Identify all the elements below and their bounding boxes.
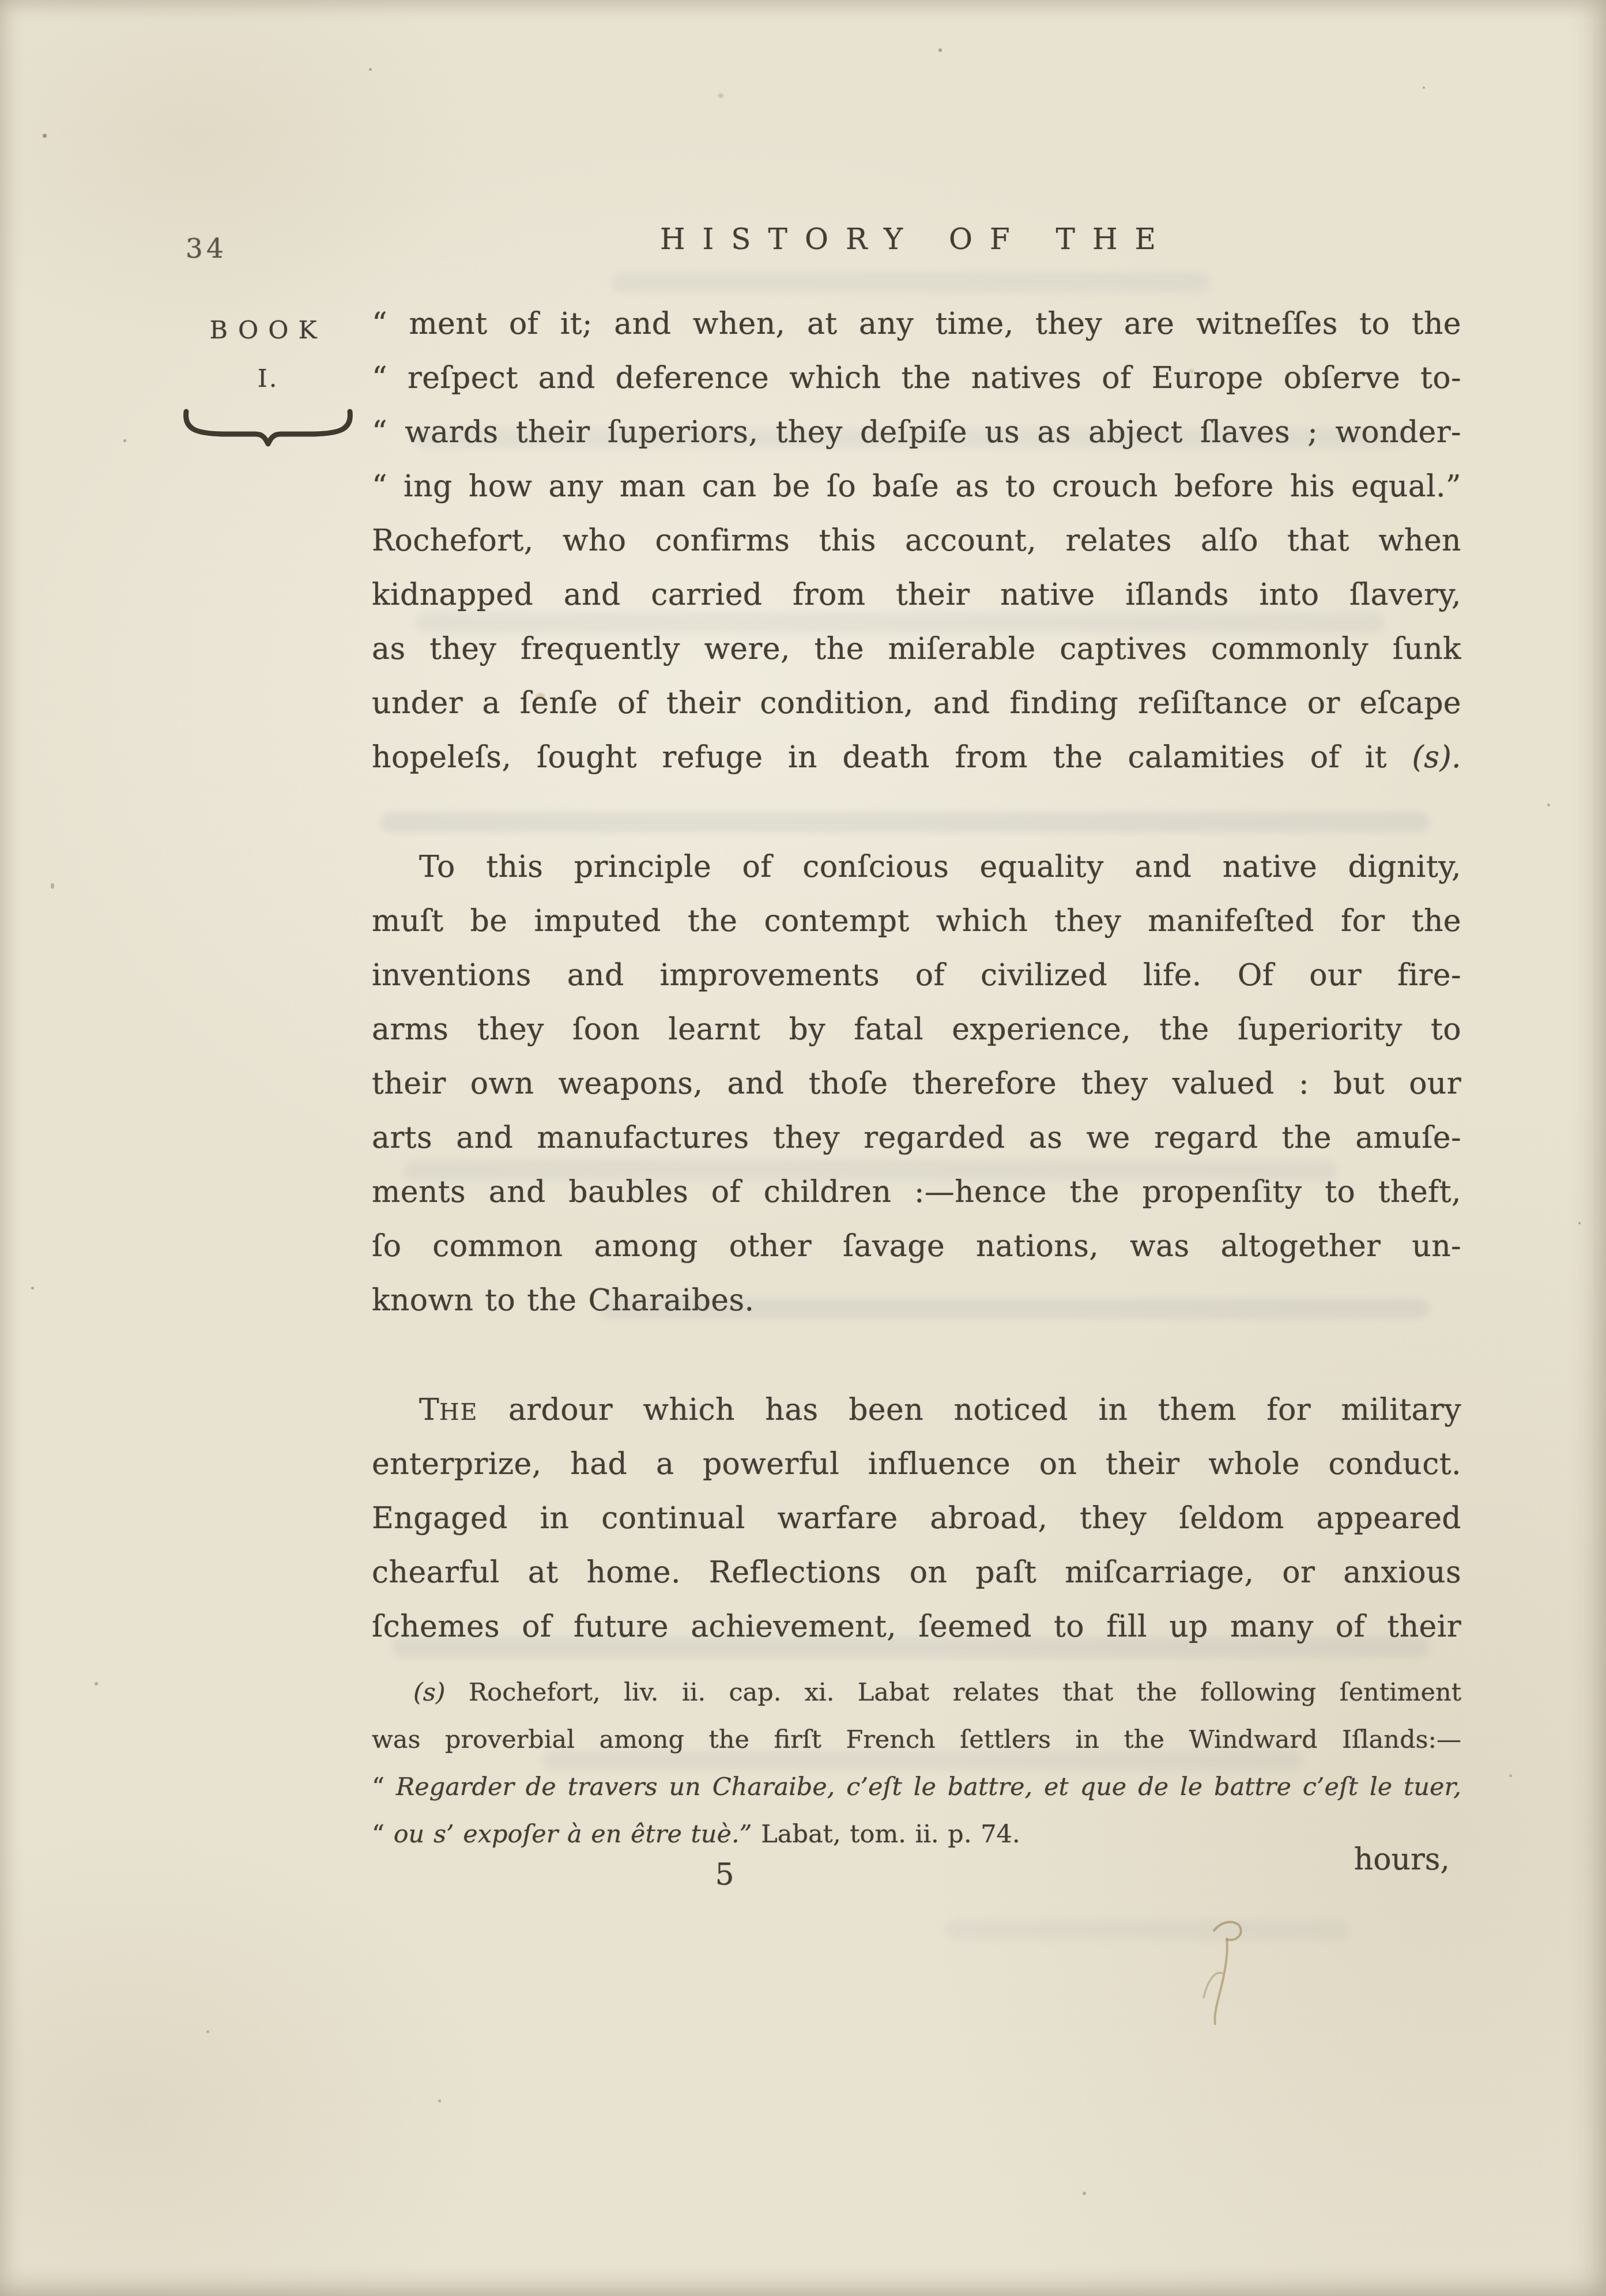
- paper-speck: [1578, 1222, 1581, 1224]
- running-header: HISTORY OF THE: [372, 223, 1461, 256]
- text-segment: ou s’ expoſer à en être tuè.”: [394, 1820, 752, 1849]
- text-line: arts and manufactures they regarded as w…: [372, 1111, 1461, 1165]
- paper-speck: [1509, 1774, 1512, 1777]
- text-segment: (s): [413, 1678, 446, 1707]
- paper-speck: [43, 134, 47, 138]
- margin-note-book-label: BOOK: [173, 316, 363, 345]
- paper-speck: [369, 68, 372, 71]
- text-line: kidnapped and carried from their native …: [372, 568, 1461, 622]
- paragraph: “ ment of it; and when, at any time, the…: [372, 297, 1461, 785]
- paper-speck: [51, 883, 54, 889]
- paper-speck: [1083, 2192, 1086, 2195]
- book-page-scan: 34 HISTORY OF THE BOOK I. “ ment of it; …: [0, 0, 1606, 2296]
- paragraph: THE ardour which has been noticed in the…: [372, 1383, 1461, 1654]
- text-line: THE ardour which has been noticed in the…: [372, 1383, 1461, 1437]
- text-segment: known to the Charaibes.: [372, 1283, 755, 1318]
- text-segment: HE: [439, 1399, 478, 1426]
- paper-speck: [95, 1682, 98, 1686]
- text-segment: kidnapped and carried from their native …: [372, 578, 1461, 612]
- body-text: “ ment of it; and when, at any time, the…: [372, 297, 1461, 1709]
- handwritten-mark: [1159, 1911, 1274, 2038]
- text-segment: “ ing how any man can be ſo baſe as to c…: [372, 469, 1461, 504]
- text-segment: muſt be imputed the contempt which they …: [372, 904, 1461, 938]
- footnote: (s) Rochefort, liv. ii. cap. xi. Labat r…: [372, 1669, 1461, 1858]
- text-segment: hopeleſs, ſought refuge in death from th…: [372, 740, 1412, 775]
- text-line: Rochefort, who confirms this account, re…: [372, 514, 1461, 568]
- paper-speck: [1423, 86, 1425, 89]
- text-line: (s) Rochefort, liv. ii. cap. xi. Labat r…: [372, 1669, 1461, 1716]
- paper-speck: [31, 1287, 34, 1290]
- text-segment: ſchemes of future achievement, ſeemed to…: [372, 1609, 1461, 1644]
- text-line: “ ing how any man can be ſo baſe as to c…: [372, 459, 1461, 514]
- margin-note-numeral: I.: [173, 364, 363, 393]
- text-line: Engaged in continual warfare abroad, the…: [372, 1491, 1461, 1545]
- text-segment: inventions and improvements of civilized…: [372, 958, 1461, 993]
- showthrough-smudge: [945, 1920, 1349, 1940]
- text-segment: Rochefort, who confirms this account, re…: [372, 523, 1461, 558]
- text-line: ſo common among other ſavage nations, wa…: [372, 1219, 1461, 1273]
- text-line: “ ment of it; and when, at any time, the…: [372, 297, 1461, 351]
- page-number: 34: [186, 233, 227, 265]
- text-segment: arts and manufactures they regarded as w…: [372, 1121, 1461, 1155]
- text-segment: “ reſpect and deference which the native…: [372, 361, 1461, 395]
- text-segment: (s).: [1412, 740, 1461, 775]
- text-line: chearful at home. Reflections on paſt mi…: [372, 1545, 1461, 1600]
- signature-mark: 5: [704, 1857, 745, 1892]
- text-segment: as they frequently were, the miſerable c…: [372, 632, 1461, 666]
- text-segment: To this principle of conſcious equality …: [419, 850, 1461, 884]
- text-line: muſt be imputed the contempt which they …: [372, 894, 1461, 948]
- text-line: as they frequently were, the miſerable c…: [372, 622, 1461, 676]
- text-line: ments and baubles of children :—hence th…: [372, 1165, 1461, 1219]
- text-line: “ wards their ſuperiors, they deſpiſe us…: [372, 405, 1461, 459]
- text-line: their own weapons, and thoſe therefore t…: [372, 1057, 1461, 1111]
- text-line: ſchemes of future achievement, ſeemed to…: [372, 1600, 1461, 1654]
- text-segment: Labat, tom. ii. p. 74.: [752, 1820, 1020, 1849]
- text-segment: ments and baubles of children :—hence th…: [372, 1175, 1461, 1209]
- text-line: arms they ſoon learnt by fatal experienc…: [372, 1002, 1461, 1057]
- catchword: hours,: [1162, 1842, 1450, 1877]
- text-line: “ reſpect and deference which the native…: [372, 351, 1461, 405]
- paper-speck: [1547, 804, 1550, 806]
- paper-speck: [938, 48, 942, 52]
- text-segment: Rochefort, liv. ii. cap. xi. Labat relat…: [446, 1678, 1461, 1707]
- text-line: under a ſenſe of their condition, and fi…: [372, 676, 1461, 730]
- text-segment: Engaged in continual warfare abroad, the…: [372, 1501, 1461, 1536]
- text-line: “ Regarder de travers un Charaibe, c’eſt…: [372, 1763, 1461, 1811]
- text-line: To this principle of conſcious equality …: [372, 840, 1461, 894]
- paper-speck: [438, 2099, 441, 2102]
- text-segment: T: [419, 1393, 439, 1427]
- margin-brace-decoration: [182, 404, 355, 448]
- paragraph: To this principle of conſcious equality …: [372, 840, 1461, 1328]
- text-line: inventions and improvements of civilized…: [372, 948, 1461, 1002]
- paper-speck: [123, 439, 126, 442]
- text-line: known to the Charaibes.: [372, 1273, 1461, 1328]
- margin-note: BOOK I.: [173, 316, 363, 448]
- text-segment: chearful at home. Reflections on paſt mi…: [372, 1555, 1461, 1590]
- text-segment: “: [372, 1773, 396, 1801]
- text-segment: Regarder de travers un Charaibe, c’eſt l…: [396, 1773, 1461, 1801]
- text-segment: enterprize, had a powerful influence on …: [372, 1447, 1461, 1481]
- text-segment: arms they ſoon learnt by fatal experienc…: [372, 1012, 1461, 1047]
- text-segment: ardour which has been noticed in them fo…: [478, 1393, 1461, 1427]
- paper-stain: [718, 93, 723, 98]
- text-segment: ſo common among other ſavage nations, wa…: [372, 1229, 1461, 1264]
- text-segment: “ ment of it; and when, at any time, the…: [372, 307, 1461, 341]
- text-line: hopeleſs, ſought refuge in death from th…: [372, 730, 1461, 785]
- text-segment: their own weapons, and thoſe therefore t…: [372, 1066, 1461, 1101]
- text-segment: “ wards their ſuperiors, they deſpiſe us…: [372, 415, 1461, 450]
- text-segment: “: [372, 1820, 394, 1849]
- text-line: was proverbial among the firſt French ſe…: [372, 1716, 1461, 1763]
- showthrough-smudge: [611, 272, 1211, 293]
- paper-speck: [206, 2030, 209, 2033]
- text-segment: under a ſenſe of their condition, and fi…: [372, 686, 1461, 721]
- text-line: enterprize, had a powerful influence on …: [372, 1437, 1461, 1491]
- text-segment: was proverbial among the firſt French ſe…: [372, 1725, 1461, 1754]
